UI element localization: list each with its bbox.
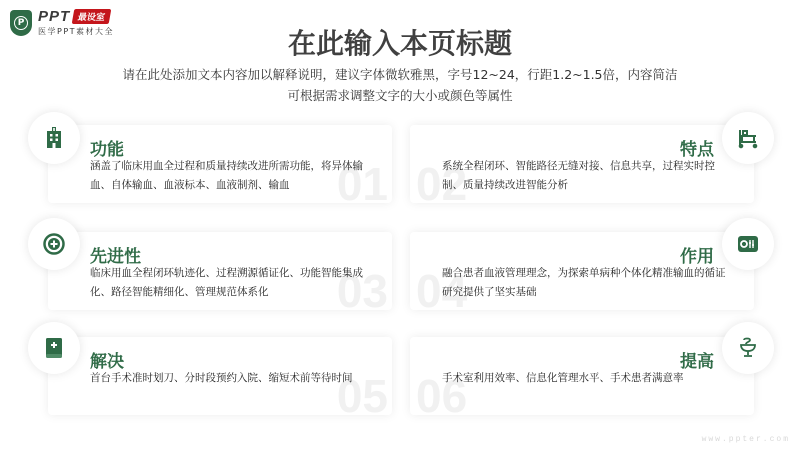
feature-card-02: 02 特点 系统全程闭环、智能路径无缝对接、信息共享，过程实时控制、质量持续改进…: [410, 125, 754, 203]
page-subtitle: 请在此处添加文本内容加以解释说明，建议字体微软雅黑，字号12~24，行距1.2~…: [0, 64, 800, 106]
medical-plus-circle-icon: [42, 232, 66, 256]
medical-book-icon: [42, 336, 66, 360]
feature-card-05: 05 解决 首台手术准时划刀、分时段预约入院、缩短术前等待时间: [48, 337, 392, 415]
subtitle-line-2: 可根据需求调整文字的大小或颜色等属性: [0, 85, 800, 106]
card-description: 涵盖了临床用血全过程和质量持续改进所需功能，将异体输血、自体输血、血液标本、血液…: [90, 157, 380, 195]
feature-card-03: 03 先进性 临床用血全程闭环轨迹化、过程溯源循证化、功能智能集成化、路径智能精…: [48, 232, 392, 310]
icon-badge-02: [722, 112, 774, 164]
card-description: 首台手术准时划刀、分时段预约入院、缩短术前等待时间: [90, 369, 380, 388]
pharmacy-bowl-icon: [736, 336, 760, 360]
card-description: 融合患者血液管理理念，为探索单病种个体化精准输血的循证研究提供了坚实基础: [442, 264, 732, 302]
footer-watermark: www.ppter.com: [702, 435, 790, 444]
page-title: 在此输入本页标题: [0, 22, 800, 62]
hospital-building-icon: [42, 126, 66, 150]
card-description: 手术室利用效率、信息化管理水平、手术患者满意率: [442, 369, 732, 388]
medical-device-icon: [736, 232, 760, 256]
icon-badge-05: [28, 322, 80, 374]
icon-badge-01: [28, 112, 80, 164]
icon-badge-06: [722, 322, 774, 374]
hospital-bed-icon: [736, 126, 760, 150]
feature-card-06: 06 提高 手术室利用效率、信息化管理水平、手术患者满意率: [410, 337, 754, 415]
card-description: 临床用血全程闭环轨迹化、过程溯源循证化、功能智能集成化、路径智能精细化、管理规范…: [90, 264, 380, 302]
icon-badge-03: [28, 218, 80, 270]
card-description: 系统全程闭环、智能路径无缝对接、信息共享，过程实时控制、质量持续改进智能分析: [442, 157, 732, 195]
feature-card-04: 04 作用 融合患者血液管理理念，为探索单病种个体化精准输血的循证研究提供了坚实…: [410, 232, 754, 310]
feature-card-01: 01 功能 涵盖了临床用血全过程和质量持续改进所需功能，将异体输血、自体输血、血…: [48, 125, 392, 203]
icon-badge-04: [722, 218, 774, 270]
subtitle-line-1: 请在此处添加文本内容加以解释说明，建议字体微软雅黑，字号12~24，行距1.2~…: [0, 64, 800, 85]
